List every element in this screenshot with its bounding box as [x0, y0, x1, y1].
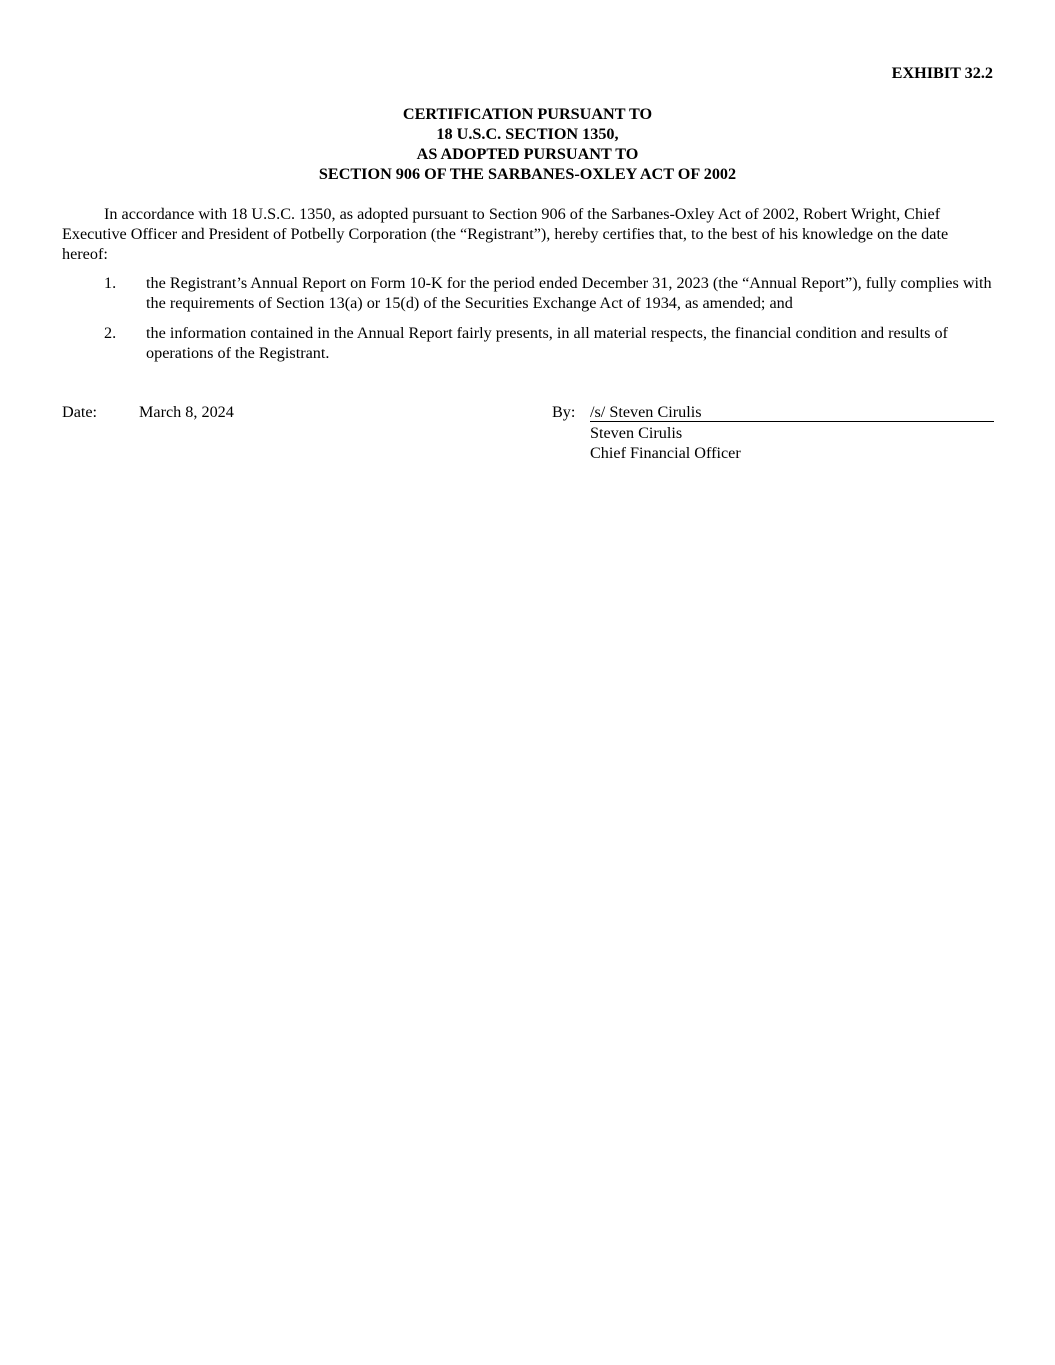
signature-line: /s/ Steven Cirulis [590, 402, 994, 422]
list-item-text: the information contained in the Annual … [146, 324, 948, 362]
list-item: 1. the Registrant’s Annual Report on For… [62, 273, 994, 313]
intro-paragraph: In accordance with 18 U.S.C. 1350, as ad… [62, 204, 994, 264]
signer-name: Steven Cirulis [590, 423, 682, 443]
title-line: 18 U.S.C. SECTION 1350, [0, 124, 1055, 144]
title-line: AS ADOPTED PURSUANT TO [0, 144, 1055, 164]
exhibit-label: EXHIBIT 32.2 [892, 63, 993, 83]
list-item-text: the Registrant’s Annual Report on Form 1… [146, 274, 992, 312]
signature-text: /s/ Steven Cirulis [590, 403, 702, 421]
by-label: By: [552, 402, 575, 422]
certification-list: 1. the Registrant’s Annual Report on For… [62, 273, 994, 373]
title-line: CERTIFICATION PURSUANT TO [0, 104, 1055, 124]
document-title: CERTIFICATION PURSUANT TO 18 U.S.C. SECT… [0, 104, 1055, 184]
date-label: Date: [62, 402, 97, 422]
signature-block: Date: March 8, 2024 By: /s/ Steven Cirul… [62, 402, 994, 472]
title-line: SECTION 906 OF THE SARBANES-OXLEY ACT OF… [0, 164, 1055, 184]
signer-title: Chief Financial Officer [590, 443, 741, 463]
list-item-number: 2. [104, 323, 116, 343]
date-value: March 8, 2024 [139, 402, 234, 422]
list-item-number: 1. [104, 273, 116, 293]
list-item: 2. the information contained in the Annu… [62, 323, 994, 363]
